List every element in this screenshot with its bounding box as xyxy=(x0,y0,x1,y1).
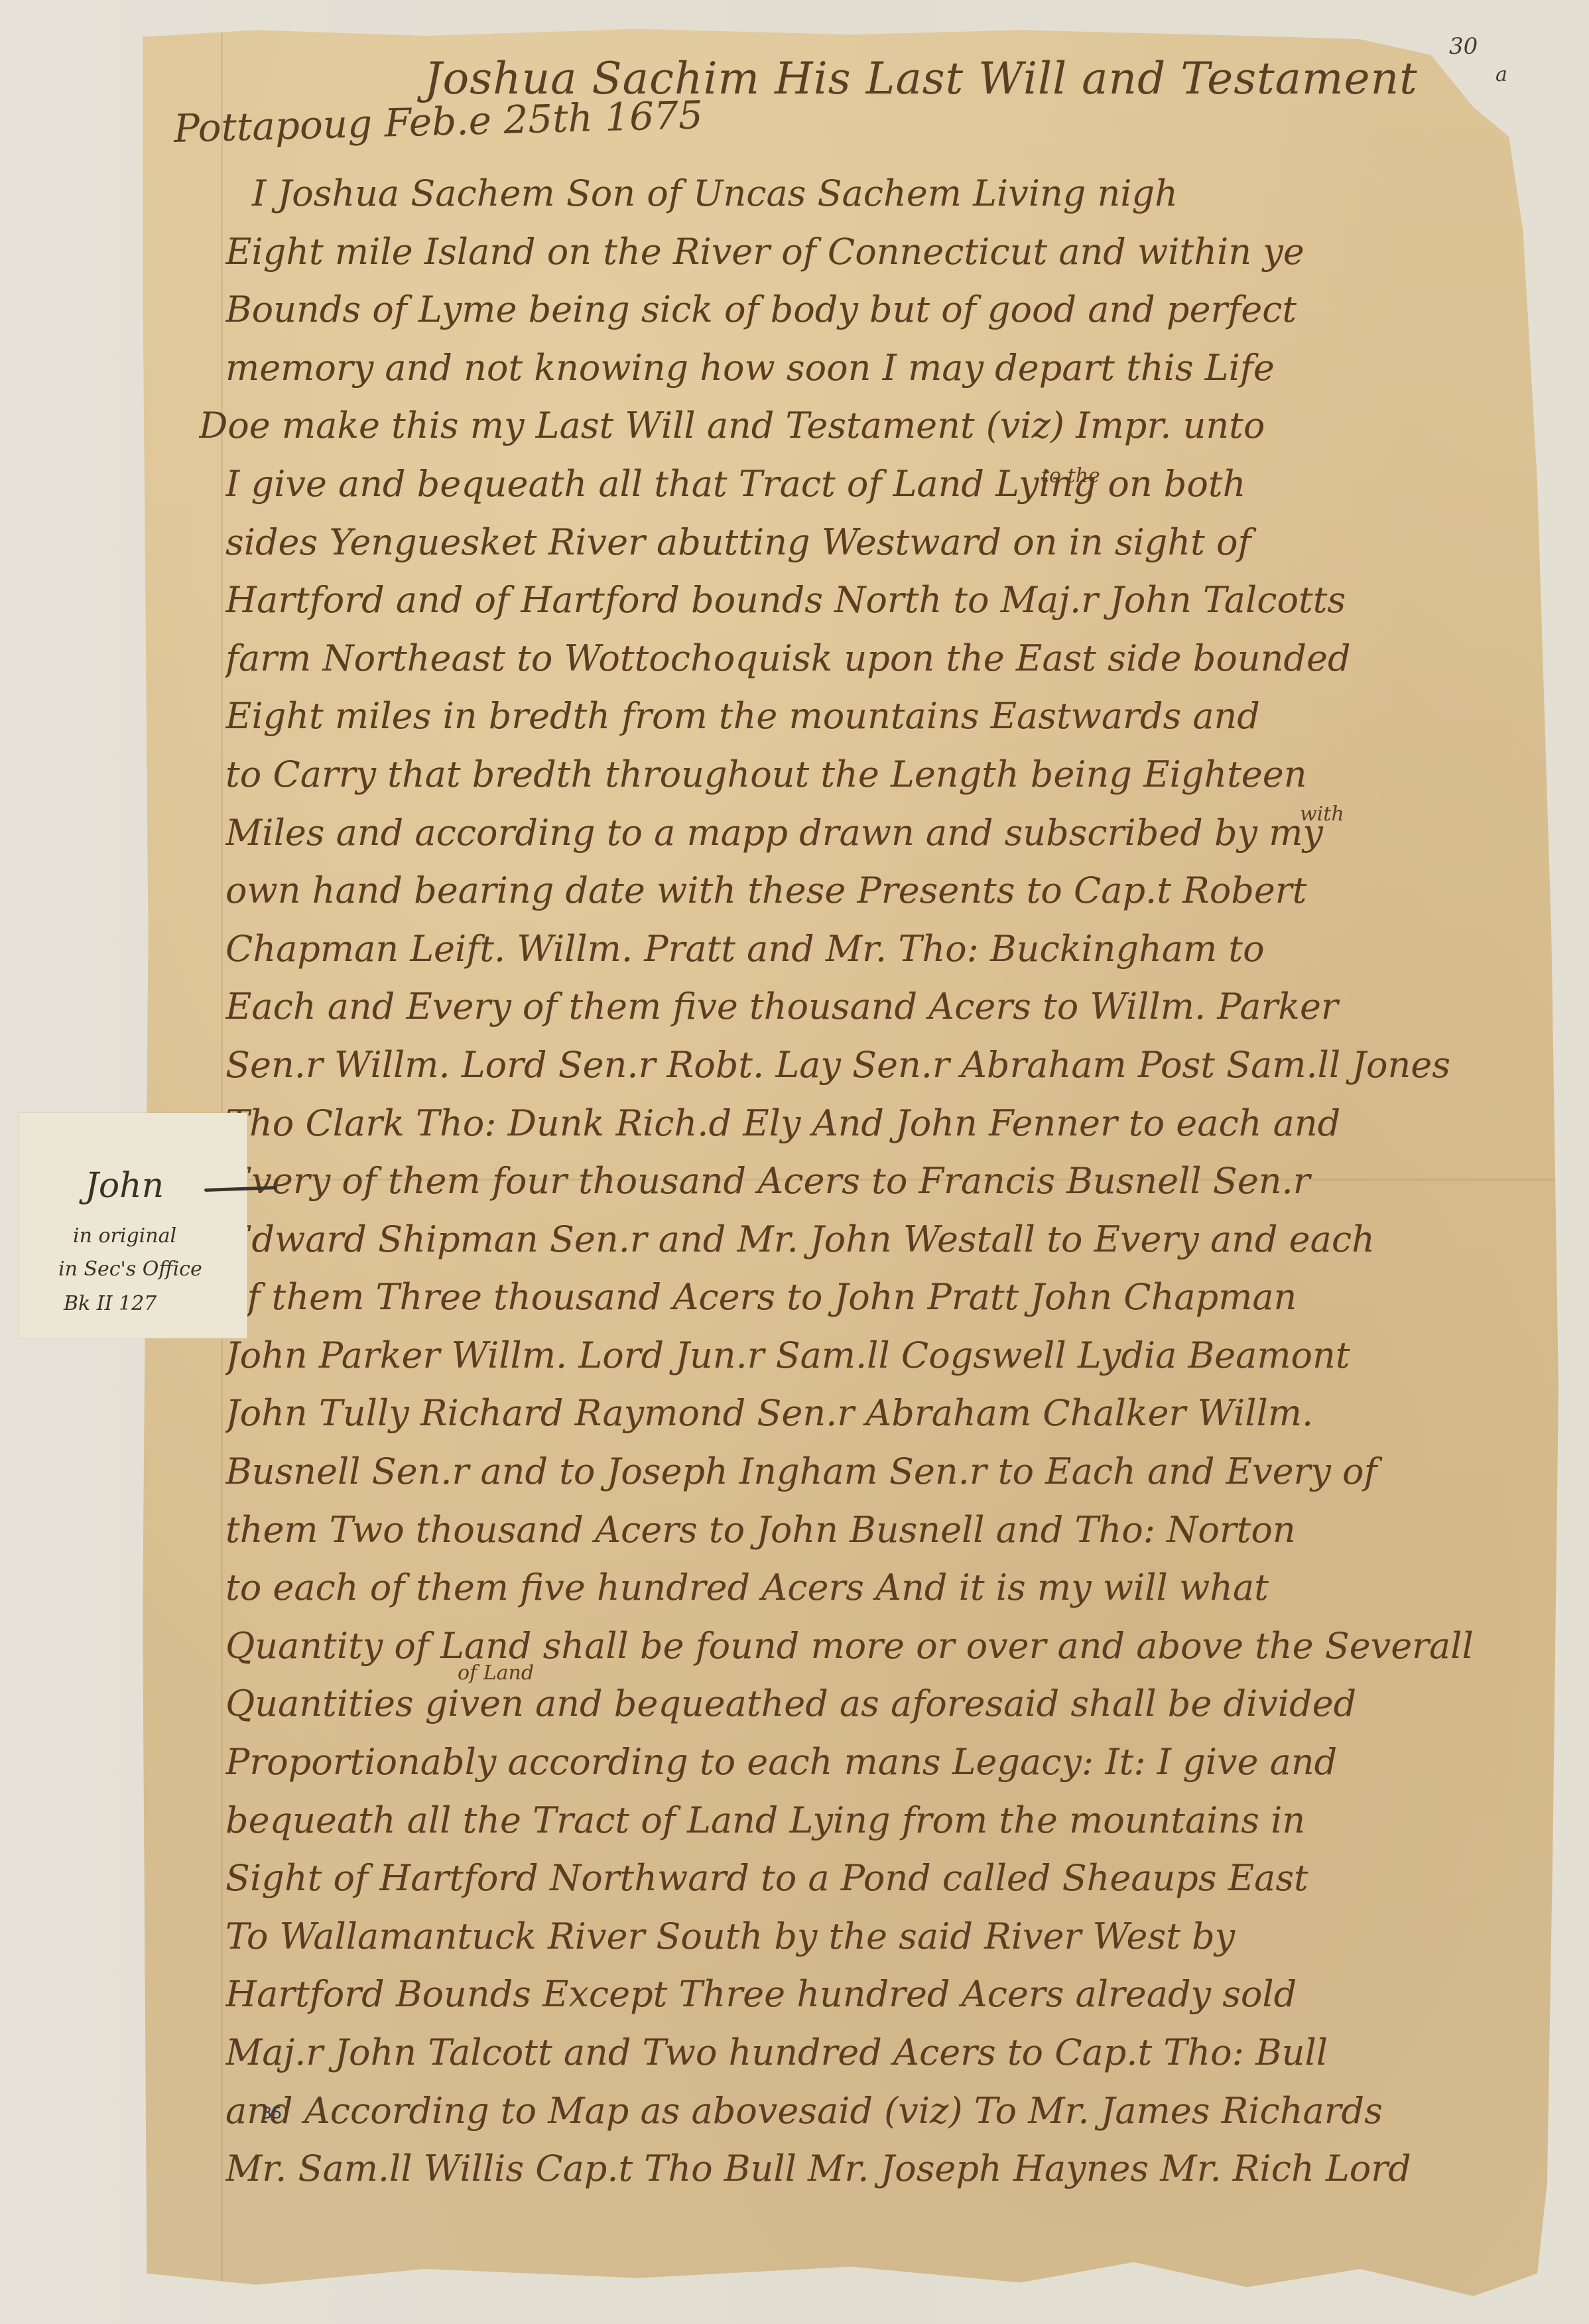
text-line: Each and Every of them five thousand Ace… xyxy=(225,978,1552,1036)
text-line: Quantities given and bequeathed as afore… xyxy=(225,1675,1552,1733)
text-line: memory and not knowing how soon I may de… xyxy=(225,339,1552,397)
text-line: to Carry that bredth throughout the Leng… xyxy=(225,745,1552,804)
note-correction-name: John xyxy=(85,1166,164,1206)
text-line: I give and bequeath all that Tract of La… xyxy=(225,455,1552,513)
margin-note-slip: John in original in Sec's Office Bk II 1… xyxy=(19,1113,247,1338)
note-line: in Sec's Office xyxy=(58,1258,202,1281)
text-line: bequeath all the Tract of Land Lying fro… xyxy=(225,1791,1552,1850)
text-line: Busnell Sen.r and to Joseph Ingham Sen.r… xyxy=(225,1443,1552,1501)
text-line: Eight mile Island on the River of Connec… xyxy=(225,223,1552,281)
text-line: Doe make this my Last Will and Testament… xyxy=(199,397,1552,455)
page-number: 30 xyxy=(1449,33,1478,60)
text-line: Quantity of Land shall be found more or … xyxy=(225,1617,1552,1675)
interlinear-insertion: to the xyxy=(1041,464,1100,487)
text-line: and According to Map as abovesaid (viz) … xyxy=(225,2082,1552,2140)
text-line: Proportionably according to each mans Le… xyxy=(225,1733,1552,1791)
folio-stamp: 35 xyxy=(262,2104,283,2122)
text-line: them Two thousand Acers to John Busnell … xyxy=(225,1501,1552,1559)
text-line: Edward Shipman Sen.r and Mr. John Westal… xyxy=(225,1210,1552,1269)
text-line: Sight of Hartford Northward to a Pond ca… xyxy=(225,1849,1552,1907)
text-line: Tho Clark Tho: Dunk Rich.d Ely And John … xyxy=(225,1094,1552,1153)
text-line: farm Northeast to Wottochoquisk upon the… xyxy=(225,629,1552,688)
text-line: sides Yenguesket River abutting Westward… xyxy=(225,513,1552,572)
will-body-text: I Joshua Sachem Son of Uncas Sachem Livi… xyxy=(225,164,1552,2198)
text-line: Chapman Leift. Willm. Pratt and Mr. Tho:… xyxy=(225,920,1552,978)
text-line: Eight miles in bredth from the mountains… xyxy=(225,687,1552,745)
note-line: in original xyxy=(73,1224,176,1248)
interlinear-insertion: of Land xyxy=(458,1661,534,1685)
text-line: Sen.r Willm. Lord Sen.r Robt. Lay Sen.r … xyxy=(225,1036,1552,1094)
text-line: of them Three thousand Acers to John Pra… xyxy=(225,1268,1552,1326)
page-number-suffix: a xyxy=(1495,63,1507,86)
text-line: to each of them five hundred Acers And i… xyxy=(225,1559,1552,1617)
text-line: Hartford Bounds Except Three hundred Ace… xyxy=(225,1965,1552,2024)
text-line: Every of them four thousand Acers to Fra… xyxy=(225,1152,1552,1210)
text-line: To Wallamantuck River South by the said … xyxy=(225,1907,1552,1966)
text-line: I Joshua Sachem Son of Uncas Sachem Livi… xyxy=(225,164,1552,223)
text-line: John Tully Richard Raymond Sen.r Abraham… xyxy=(225,1384,1552,1443)
text-line: John Parker Willm. Lord Jun.r Sam.ll Cog… xyxy=(225,1326,1552,1385)
text-line: Mr. Sam.ll Willis Cap.t Tho Bull Mr. Jos… xyxy=(225,2140,1552,2198)
note-line: Bk II 127 xyxy=(64,1292,157,1315)
text-line: Miles and according to a mapp drawn and … xyxy=(225,804,1552,862)
text-line: own hand bearing date with these Present… xyxy=(225,862,1552,920)
text-line: Hartford and of Hartford bounds North to… xyxy=(225,571,1552,629)
text-line: Bounds of Lyme being sick of body but of… xyxy=(225,281,1552,339)
interlinear-insertion: with xyxy=(1300,803,1344,826)
text-line: Maj.r John Talcott and Two hundred Acers… xyxy=(225,2024,1552,2082)
